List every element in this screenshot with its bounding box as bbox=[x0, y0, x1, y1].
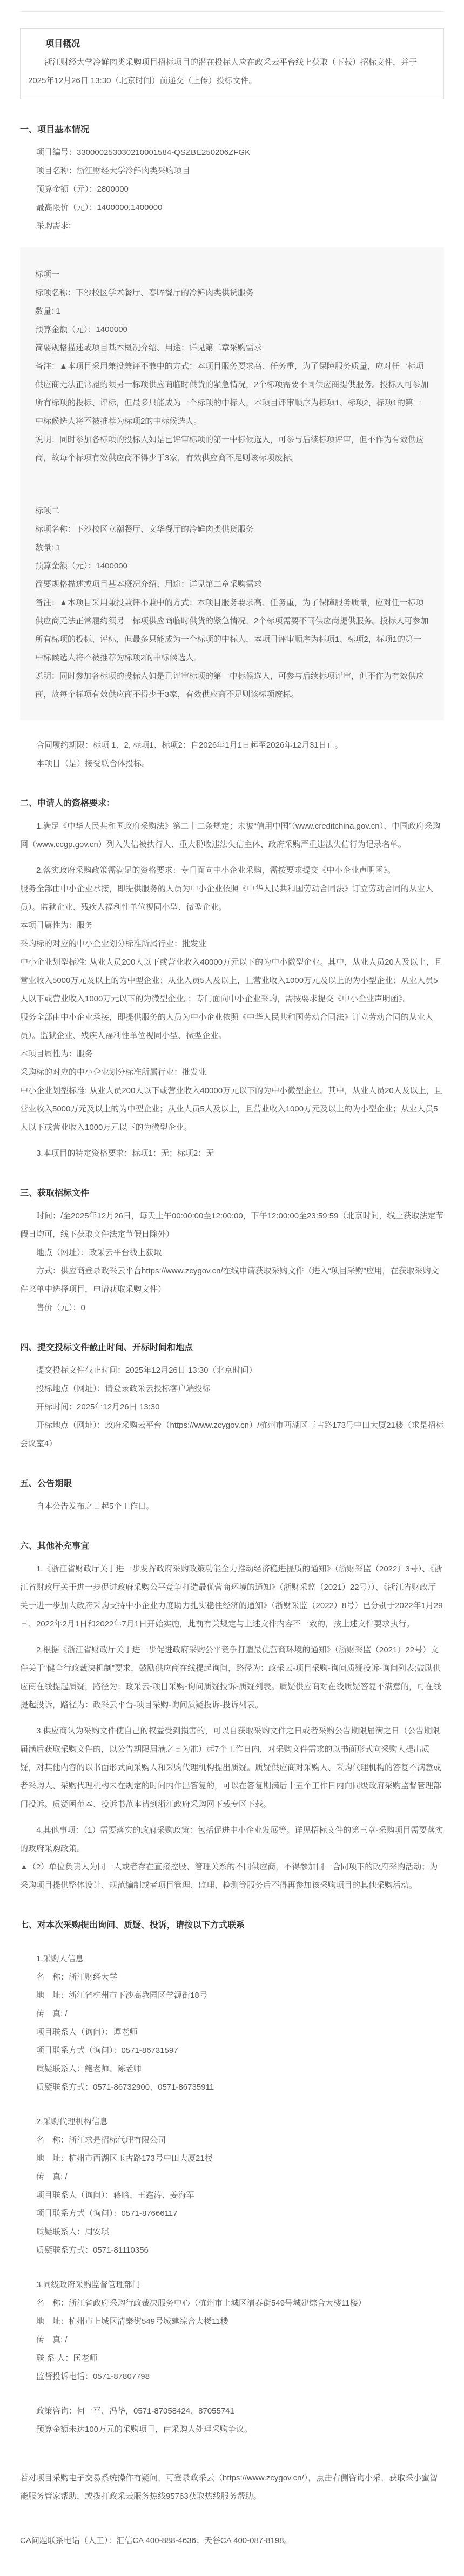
lot-1-budget: 预算金额（元）：1400000 bbox=[35, 321, 429, 339]
agent-contact: 项目联系人（询问）：蒋晗、王鑫涛、姜海军 bbox=[20, 2186, 444, 2205]
regulator-complaint-phone: 监督投诉电话：0571-87807798 bbox=[20, 2368, 444, 2386]
ca-contact-note: CA问题联系电话（人工）：汇信CA 400-888-4636；天谷CA 400-… bbox=[20, 2532, 444, 2550]
document-price: 售价（元）：0 bbox=[20, 1299, 444, 1317]
lot-1-note: 备注：▲本项目采用兼投兼评不兼中的方式：本项目服务要求高、任务重，为了保障服务质… bbox=[35, 357, 429, 431]
project-name: 项目名称：浙江财经大学冷鲜肉类采购项目 bbox=[20, 162, 444, 180]
submission-deadline: 提交投标文件截止时间：2025年12月26日 13:30（北京时间） bbox=[20, 1361, 444, 1380]
lot-1-id: 标项一 bbox=[35, 266, 429, 284]
project-attribute: 本项目属性为：服务 bbox=[20, 917, 444, 935]
agent-phone: 项目联系方式（询问）：0571-87666117 bbox=[20, 2205, 444, 2223]
consortium-bidding: 本项目（是）接受联合体投标。 bbox=[20, 755, 444, 773]
lot-1-desc: 说明：同时参加各标项的投标人如是已评审标项的第一中标候选人，可参与后续标项评审，… bbox=[35, 431, 429, 467]
lot-2-spec: 简要规格描述或项目基本概况介绍、用途：详见第二章采购需求 bbox=[35, 575, 429, 594]
section-1-heading: 一、项目基本情况 bbox=[20, 122, 444, 138]
lot-2-id: 标项二 bbox=[35, 502, 429, 520]
procurement-demand-label: 采购需求: bbox=[20, 217, 444, 235]
lots-box: 标项一 标项名称：下沙校区学术餐厅、春晖餐厅的冷鲜肉类供货服务 数量: 1 预算… bbox=[20, 247, 444, 720]
obtain-location: 地点（网址）：政采云平台线上获取 bbox=[20, 1244, 444, 1262]
bid-location: 投标地点（网址）：请登录政采云投标客户端投标 bbox=[20, 1380, 444, 1398]
opening-location: 开标地点（网址）：政府采购云平台（https://www.zcygov.cn）/… bbox=[20, 1416, 444, 1453]
max-price: 最高限价（元）：1400000,1400000 bbox=[20, 199, 444, 217]
agent-info-title: 2.采购代理机构信息 bbox=[20, 2113, 444, 2131]
supplementary-1: 1.《浙江省财政厅关于进一步发挥政府采购政策功能全力推动经济稳进提质的通知》（浙… bbox=[20, 1560, 444, 1633]
overview-title: 项目概况 bbox=[28, 35, 433, 53]
regulator-info: 3.同级政府采购监督管理部门 名 称：浙江省政府采购行政裁决服务中心（杭州市上城… bbox=[20, 2276, 444, 2386]
procurement-announcement-page: 项目概况 浙江财经大学冷鲜肉类采购项目招标项目的潜在投标人应在政采云平台线上获取… bbox=[0, 11, 464, 2576]
obtain-time: 时间：/至2025年12月26日，每天上午00:00:00至12:00:00，下… bbox=[20, 1207, 444, 1244]
buyer-contact: 项目联系人（询问）：谭老师 bbox=[20, 2023, 444, 2042]
overview-body: 浙江财经大学冷鲜肉类采购项目招标项目的潜在投标人应在政采云平台线上获取（下载）招… bbox=[28, 53, 433, 90]
agent-query-phone: 质疑联系方式：0571-81110356 bbox=[20, 2241, 444, 2260]
opening-time: 开标时间：2025年12月26日 13:30 bbox=[20, 1398, 444, 1416]
agent-address: 地 址：杭州市西湖区玉古路173号中田大厦21楼 bbox=[20, 2150, 444, 2168]
lot-1-qty: 数量: 1 bbox=[35, 302, 429, 321]
regulator-info-title: 3.同级政府采购监督管理部门 bbox=[20, 2276, 444, 2294]
policy-consultation: 政策咨询：何一平、冯华，0571-87058424、87055741 预算金额未… bbox=[20, 2402, 444, 2439]
qualification-3: 3.本项目的特定资格要求：标项1：无；标项2：无 bbox=[20, 1144, 444, 1163]
industry-category-repeat: 采购标的对应的中小企业划分标准所属行业：批发业 bbox=[20, 1063, 444, 1082]
lot-2-note: 备注：▲本项目采用兼投兼评不兼中的方式：本项目服务要求高、任务重，为了保障服务质… bbox=[35, 594, 429, 667]
buyer-fax: 传 真: / bbox=[20, 2005, 444, 2023]
sme-standard: 中小企业划型标准: 从业人员200人以下或营业收入40000万元以下的为中小微型… bbox=[20, 953, 444, 1008]
industry-category: 采购标的对应的中小企业划分标准所属行业：批发业 bbox=[20, 935, 444, 953]
lot-1-spec: 简要规格描述或项目基本概况介绍、用途：详见第二章采购需求 bbox=[35, 339, 429, 357]
lot-2-desc: 说明：同时参加各标项的投标人如是已评审标项的第一中标候选人，可参与后续标项评审，… bbox=[35, 667, 429, 704]
lot-2-qty: 数量: 1 bbox=[35, 539, 429, 557]
buyer-name: 名 称：浙江财经大学 bbox=[20, 1968, 444, 1987]
top-divider bbox=[20, 11, 444, 12]
supplementary-4: 4.其他事项：（1）需要落实的政府采购政策：包括促进中小企业发展等。详见招标文件… bbox=[20, 1821, 444, 1858]
agent-name: 名 称：浙江求是招标代理有限公司 bbox=[20, 2131, 444, 2150]
announcement-period: 自本公告发布之日起5个工作日。 bbox=[20, 1497, 444, 1516]
sme-standard-repeat: 中小企业划型标准: 从业人员200人以下或营业收入40000万元以下的为中小微型… bbox=[20, 1082, 444, 1137]
qualification-2: 2.落实政府采购政策需满足的资格要求：专门面向中小企业采购，需按要求提交《中小企… bbox=[20, 862, 444, 880]
section-5-heading: 五、公告期限 bbox=[20, 1476, 444, 1492]
supplementary-2: 2.根据《浙江省财政厅关于进一步促进政府采购公平竞争打造最优营商环境的通知》（浙… bbox=[20, 1641, 444, 1714]
platform-help-note: 若对项目采购电子交易系统操作有疑问，可登录政采云（https://www.zcy… bbox=[20, 2469, 444, 2506]
policy-consultation-line: 政策咨询：何一平、冯华，0571-87058424、87055741 bbox=[20, 2402, 444, 2421]
section-2-heading: 二、申请人的资格要求： bbox=[20, 796, 444, 812]
project-attribute-repeat: 本项目属性为：服务 bbox=[20, 1045, 444, 1063]
qualification-2-detail: 服务全部由中小企业承接，即提供服务的人员为中小企业依照《中华人民共和国劳动合同法… bbox=[20, 880, 444, 917]
project-number: 项目编号：330000253030210001584-QSZBE250206ZF… bbox=[20, 144, 444, 162]
regulator-name: 名 称：浙江省政府采购行政裁决服务中心（杭州市上城区清泰街549号城建综合大楼1… bbox=[20, 2294, 444, 2313]
regulator-fax: 传 真: / bbox=[20, 2331, 444, 2349]
section-4-heading: 四、提交投标文件截止时间、开标时间和地点 bbox=[20, 1340, 444, 1356]
lot-1: 标项一 标项名称：下沙校区学术餐厅、春晖餐厅的冷鲜肉类供货服务 数量: 1 预算… bbox=[35, 266, 429, 467]
contract-period: 合同履约期限：标项 1、2, 标项1、标项2：自2026年1月1日起至2026年… bbox=[20, 736, 444, 755]
budget-amount: 预算金额（元）：2800000 bbox=[20, 180, 444, 199]
lot-1-name: 标项名称：下沙校区学术餐厅、春晖餐厅的冷鲜肉类供货服务 bbox=[35, 284, 429, 302]
agent-info: 2.采购代理机构信息 名 称：浙江求是招标代理有限公司 地 址：杭州市西湖区玉古… bbox=[20, 2113, 444, 2260]
buyer-phone: 项目联系方式（询问）：0571-86731597 bbox=[20, 2042, 444, 2060]
agent-fax: 传 真: / bbox=[20, 2168, 444, 2186]
buyer-query-phone: 质疑联系方式：0571-86732900、0571-86735911 bbox=[20, 2078, 444, 2097]
agent-query-contact: 质疑联系人：周安琪 bbox=[20, 2223, 444, 2241]
buyer-info-title: 1.采购人信息 bbox=[20, 1950, 444, 1968]
buyer-address: 地 址：浙江省杭州市下沙高教园区学源街18号 bbox=[20, 1987, 444, 2005]
regulator-address: 地 址：杭州市上城区清泰街549号城建综合大楼11楼 bbox=[20, 2313, 444, 2331]
section-7-heading: 七、对本次采购提出询问、质疑、投诉，请按以下方式联系 bbox=[20, 1917, 444, 1934]
qualification-1: 1.满足《中华人民共和国政府采购法》第二十二条规定；未被“信用中国”（www.c… bbox=[20, 817, 444, 854]
obtain-method: 方式：供应商登录政采云平台https://www.zcygov.cn/在线申请获… bbox=[20, 1262, 444, 1299]
qualification-2-detail-repeat: 服务全部由中小企业承接，即提供服务的人员为中小企业依照《中华人民共和国劳动合同法… bbox=[20, 1008, 444, 1045]
buyer-query-contact: 质疑联系人：鲍老师、陈老师 bbox=[20, 2060, 444, 2078]
lot-2-budget: 预算金额（元）：1400000 bbox=[35, 557, 429, 575]
section-6-heading: 六、其他补充事宜 bbox=[20, 1538, 444, 1555]
lot-2: 标项二 标项名称：下沙校区立潮餐厅、文华餐厅的冷鲜肉类供货服务 数量: 1 预算… bbox=[35, 502, 429, 704]
buyer-info: 1.采购人信息 名 称：浙江财经大学 地 址：浙江省杭州市下沙高教园区学源街18… bbox=[20, 1950, 444, 2097]
supplementary-3: 3.供应商认为采购文件使自己的权益受到损害的，可以自获取采购文件之日或者采购公告… bbox=[20, 1722, 444, 1814]
lot-2-name: 标项名称：下沙校区立潮餐厅、文华餐厅的冷鲜肉类供货服务 bbox=[35, 520, 429, 539]
dispute-handling-line: 预算金额未达100万元的采购项目，由采购人处理采购争议。 bbox=[20, 2421, 444, 2439]
regulator-contact: 联 系 人：匡老师 bbox=[20, 2349, 444, 2368]
section-3-heading: 三、获取招标文件 bbox=[20, 1185, 444, 1202]
supplementary-5: ▲（2）单位负责人为同一人或者存在直接控股、管理关系的不同供应商，不得参加同一合… bbox=[20, 1858, 444, 1895]
project-overview-box: 项目概况 浙江财经大学冷鲜肉类采购项目招标项目的潜在投标人应在政采云平台线上获取… bbox=[20, 28, 444, 99]
